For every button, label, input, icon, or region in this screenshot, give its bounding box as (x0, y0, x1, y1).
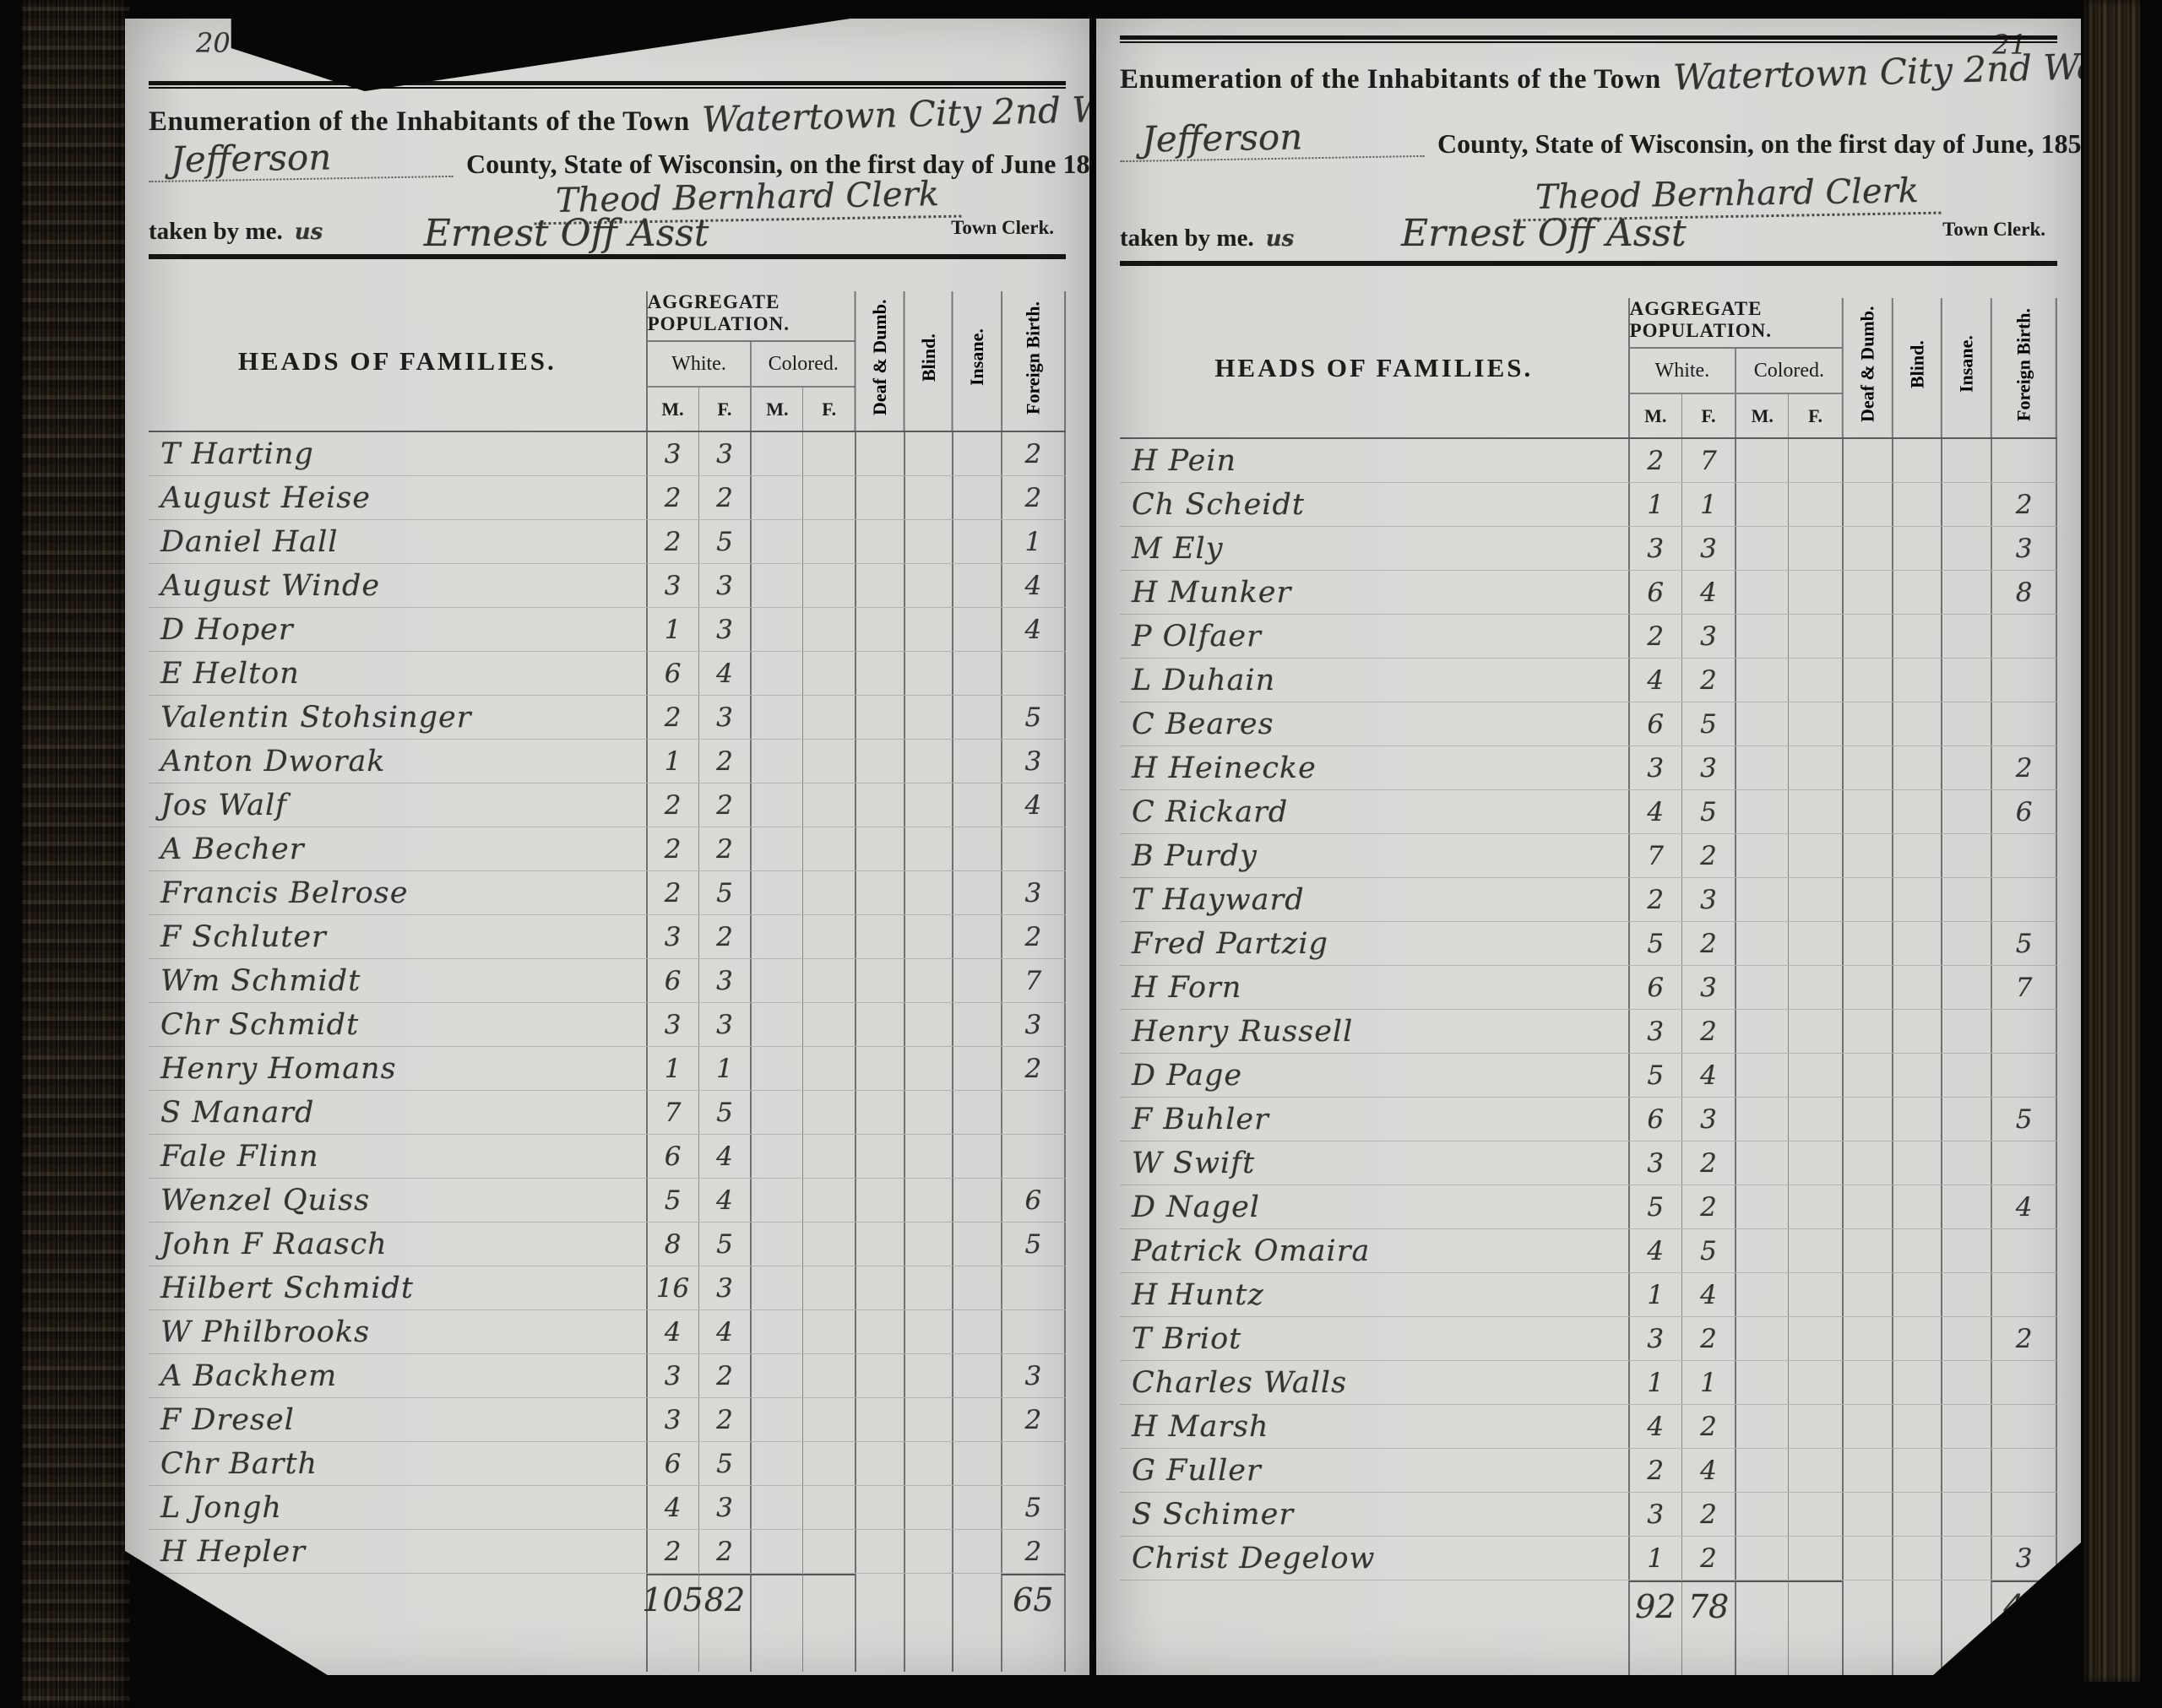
column-white-f: F. (1681, 394, 1735, 437)
blind-count (904, 871, 953, 914)
blind-count (1892, 1054, 1942, 1097)
insane-count (1941, 746, 1991, 789)
table-row: T Hayward 2 3 (1120, 878, 2057, 922)
table-row: Chr Barth 6 5 (149, 1442, 1066, 1486)
blind-count (1892, 1361, 1942, 1404)
deaf-dumb-count (855, 520, 904, 563)
insane-count (952, 784, 1001, 827)
tail-cell (1628, 1631, 1681, 1678)
white-female-count: 4 (698, 652, 751, 695)
colored-female-count (802, 476, 855, 519)
colored-male-count (750, 1047, 802, 1090)
colored-male-count (1735, 571, 1788, 614)
deaf-dumb-count (1842, 659, 1892, 702)
table-row: Patrick Omaira 4 5 (1120, 1229, 2057, 1273)
tail-cell (952, 1624, 1001, 1672)
foreign-birth-count (1991, 1141, 2057, 1185)
foreign-birth-count: 7 (1001, 959, 1066, 1002)
white-male-count: 3 (646, 564, 698, 607)
taken-by-text: taken by me. (149, 218, 283, 245)
colored-male-count (750, 1354, 802, 1397)
blind-count (1892, 439, 1942, 482)
insane-count (952, 1266, 1001, 1309)
blind-count (1892, 922, 1942, 965)
head-of-family-name: H Heinecke (1120, 746, 1628, 789)
white-male-count: 2 (646, 871, 698, 914)
foreign-birth-count: 3 (1991, 1537, 2057, 1580)
colored-male-count (750, 827, 802, 870)
total-foreign-birth: 65 (1001, 1574, 1066, 1624)
white-female-count: 2 (698, 784, 751, 827)
table-row: H Pein 2 7 (1120, 439, 2057, 483)
white-female-count: 4 (1681, 1449, 1735, 1492)
colored-female-count (802, 1530, 855, 1573)
foreign-birth-count (1991, 878, 2057, 921)
colored-male-count (1735, 1493, 1788, 1536)
tail-cell (1892, 1631, 1942, 1678)
colored-female-count (802, 1179, 855, 1222)
white-female-count: 5 (1681, 702, 1735, 746)
foreign-birth-count: 7 (1991, 966, 2057, 1009)
blind-count (1892, 966, 1942, 1009)
assistant-signature: Ernest Off Asst (424, 212, 709, 255)
table-row: S Schimer 3 2 (1120, 1493, 2057, 1537)
white-male-count: 6 (646, 1442, 698, 1485)
white-male-count: 1 (1628, 1273, 1681, 1316)
white-male-count: 3 (646, 915, 698, 958)
head-of-family-name: Patrick Omaira (1120, 1229, 1628, 1272)
foreign-birth-count (1001, 827, 1066, 870)
white-female-count: 2 (698, 827, 751, 870)
tail-cell (1941, 1631, 1991, 1678)
signature-block: taken by me.us Theod Bernhard Clerk Town… (1120, 160, 2057, 259)
blind-count (904, 696, 953, 739)
foreign-birth-count (1991, 1361, 2057, 1404)
deaf-dumb-count (855, 608, 904, 651)
tail-cell (1681, 1631, 1735, 1678)
deaf-dumb-count (855, 1179, 904, 1222)
total-foreign-birth: 47 (1991, 1581, 2057, 1631)
blind-count (1892, 1010, 1942, 1053)
total-blind (904, 1574, 953, 1624)
white-male-count: 3 (646, 1398, 698, 1441)
head-of-family-name: Charles Walls (1120, 1361, 1628, 1404)
colored-male-count (750, 959, 802, 1002)
head-of-family-name: Chr Barth (149, 1442, 646, 1485)
foreign-birth-count: 6 (1001, 1179, 1066, 1222)
taken-by-handwritten: us (1266, 226, 1295, 252)
colored-female-count (802, 1398, 855, 1441)
table-row: C Rickard 4 5 6 (1120, 790, 2057, 834)
white-female-count: 2 (1681, 1405, 1735, 1448)
white-female-count: 3 (698, 1003, 751, 1046)
insane-count (952, 432, 1001, 475)
blind-count (1892, 1317, 1942, 1360)
blind-count (1892, 483, 1942, 526)
head-of-family-name: Henry Russell (1120, 1010, 1628, 1053)
colored-male-count (1735, 1449, 1788, 1492)
colored-male-count (750, 696, 802, 739)
colored-female-count (1788, 966, 1841, 1009)
census-page-right: 21 Enumeration of the Inhabitants of the… (1096, 19, 2081, 1675)
deaf-dumb-count (855, 959, 904, 1002)
colored-male-count (750, 432, 802, 475)
head-of-family-name: E Helton (149, 652, 646, 695)
deaf-dumb-count (855, 1047, 904, 1090)
head-of-family-name: August Heise (149, 476, 646, 519)
heavy-rule (1120, 261, 2057, 266)
table-row: D Nagel 5 2 4 (1120, 1185, 2057, 1229)
colored-female-count (1788, 834, 1841, 877)
foreign-birth-count: 2 (1001, 1398, 1066, 1441)
deaf-dumb-count (1842, 1141, 1892, 1185)
deaf-dumb-count (1842, 1098, 1892, 1141)
deaf-dumb-count (1842, 1449, 1892, 1492)
colored-female-count (802, 1310, 855, 1353)
colored-female-count (802, 871, 855, 914)
deaf-dumb-count (855, 1266, 904, 1309)
tail-cell (1001, 1624, 1066, 1672)
deaf-dumb-count (1842, 1273, 1892, 1316)
total-white-female: 82 (698, 1574, 751, 1624)
colored-female-count (1788, 1273, 1841, 1316)
blind-count (904, 1310, 953, 1353)
blind-count (904, 1047, 953, 1090)
table-row: H Marsh 4 2 (1120, 1405, 2057, 1449)
foreign-birth-count: 5 (1001, 696, 1066, 739)
insane-count (952, 652, 1001, 695)
white-female-count: 4 (1681, 1054, 1735, 1097)
white-male-count: 7 (646, 1091, 698, 1134)
total-colored-male (1735, 1581, 1788, 1631)
blind-count (904, 652, 953, 695)
colored-male-count (1735, 922, 1788, 965)
table-row: Valentin Stohsinger 2 3 5 (149, 696, 1066, 740)
tail-cell (1120, 1631, 1628, 1678)
insane-count (1941, 1361, 1991, 1404)
taken-by-text: taken by me. (1120, 225, 1254, 252)
head-of-family-name: A Becher (149, 827, 646, 870)
colored-male-count (1735, 1361, 1788, 1404)
white-male-count: 16 (646, 1266, 698, 1309)
insane-count (1941, 878, 1991, 921)
colored-female-count (802, 1442, 855, 1485)
foreign-birth-count (1991, 1229, 2057, 1272)
insane-count (1941, 527, 1991, 570)
table-row: Anton Dworak 1 2 3 (149, 740, 1066, 784)
head-of-family-name: John F Raasch (149, 1223, 646, 1266)
blind-count (904, 1179, 953, 1222)
white-male-count: 3 (1628, 1317, 1681, 1360)
town-name-handwritten: Watertown City 2nd Ward (1672, 45, 2138, 98)
white-male-count: 3 (1628, 1493, 1681, 1536)
insane-count (1941, 439, 1991, 482)
foreign-birth-count: 2 (1001, 432, 1066, 475)
town-clerk-label: Town Clerk. (951, 217, 1054, 239)
colored-female-count (802, 1003, 855, 1046)
blind-count (1892, 571, 1942, 614)
taken-by-label: taken by me.us (149, 218, 323, 246)
colored-male-count (750, 1135, 802, 1178)
head-of-family-name: S Schimer (1120, 1493, 1628, 1536)
foreign-birth-count: 5 (1991, 1098, 2057, 1141)
white-female-count: 5 (1681, 790, 1735, 833)
table-row: D Hoper 1 3 4 (149, 608, 1066, 652)
white-male-count: 4 (646, 1310, 698, 1353)
foreign-birth-count (1991, 1493, 2057, 1536)
foreign-birth-count: 4 (1001, 608, 1066, 651)
total-deaf-dumb (855, 1574, 904, 1624)
colored-female-count (1788, 1010, 1841, 1053)
white-female-count: 3 (1681, 966, 1735, 1009)
head-of-family-name: D Nagel (1120, 1185, 1628, 1228)
colored-male-count (750, 1223, 802, 1266)
deaf-dumb-count (855, 1442, 904, 1485)
table-row: Henry Russell 3 2 (1120, 1010, 2057, 1054)
column-blind: Blind. (1892, 298, 1942, 437)
deaf-dumb-count (855, 740, 904, 783)
white-female-count: 7 (1681, 439, 1735, 482)
colored-male-count (750, 740, 802, 783)
colored-female-count (1788, 1098, 1841, 1141)
colored-female-count (1788, 1185, 1841, 1228)
tail-cell (1842, 1631, 1892, 1678)
deaf-dumb-count (1842, 439, 1892, 482)
column-heads-of-families: HEADS OF FAMILIES. (149, 291, 646, 431)
white-female-count: 3 (698, 608, 751, 651)
totals-spacer (1120, 1581, 1628, 1631)
deaf-dumb-count (855, 1135, 904, 1178)
white-female-count: 2 (698, 915, 751, 958)
deaf-dumb-count (855, 871, 904, 914)
colored-male-count (1735, 834, 1788, 877)
enumeration-title: Enumeration of the Inhabitants of the To… (149, 106, 690, 137)
colored-female-count (802, 432, 855, 475)
deaf-dumb-count (855, 784, 904, 827)
insane-count (1941, 966, 1991, 1009)
insane-count (952, 476, 1001, 519)
colored-male-count (750, 1486, 802, 1529)
blind-count (904, 1398, 953, 1441)
insane-count (952, 1091, 1001, 1134)
insane-count (1941, 1141, 1991, 1185)
blind-count (904, 520, 953, 563)
head-of-family-name: B Purdy (1120, 834, 1628, 877)
county-name-handwritten: Jefferson (1120, 114, 1425, 162)
foreign-birth-count: 2 (1001, 476, 1066, 519)
white-male-count: 3 (646, 1354, 698, 1397)
table-row: A Backhem 3 2 3 (149, 1354, 1066, 1398)
head-of-family-name: Fale Flinn (149, 1135, 646, 1178)
insane-count (1941, 1449, 1991, 1492)
white-female-count: 3 (1681, 1098, 1735, 1141)
colored-female-count (802, 1135, 855, 1178)
white-female-count: 2 (1681, 1141, 1735, 1185)
column-white-m: M. (1628, 394, 1681, 437)
insane-count (952, 1486, 1001, 1529)
colored-male-count (1735, 1229, 1788, 1272)
head-of-family-name: M Ely (1120, 527, 1628, 570)
colored-female-count (1788, 746, 1841, 789)
column-colored-m: M. (1735, 394, 1788, 437)
head-of-family-name: H Pein (1120, 439, 1628, 482)
white-female-count: 5 (698, 1223, 751, 1266)
white-male-count: 4 (1628, 1405, 1681, 1448)
colored-male-count (1735, 1141, 1788, 1185)
deaf-dumb-count (1842, 702, 1892, 746)
colored-female-count (802, 827, 855, 870)
tail-cell (1991, 1631, 2057, 1678)
tail-cell (904, 1624, 953, 1672)
white-male-count: 1 (1628, 1537, 1681, 1580)
white-female-count: 2 (1681, 1493, 1735, 1536)
colored-female-count (1788, 615, 1841, 658)
table-row: Hilbert Schmidt 16 3 (149, 1266, 1066, 1310)
deaf-dumb-count (1842, 1010, 1892, 1053)
head-of-family-name: T Hayward (1120, 878, 1628, 921)
colored-male-count (750, 1003, 802, 1046)
colored-female-count (802, 696, 855, 739)
head-of-family-name: C Beares (1120, 702, 1628, 746)
total-blind (1892, 1581, 1942, 1631)
foreign-birth-count: 4 (1001, 784, 1066, 827)
white-male-count: 8 (646, 1223, 698, 1266)
colored-female-count (802, 520, 855, 563)
deaf-dumb-count (1842, 922, 1892, 965)
deaf-dumb-count (1842, 1054, 1892, 1097)
foreign-birth-count (1001, 1135, 1066, 1178)
foreign-birth-count: 8 (1991, 571, 2057, 614)
column-insane: Insane. (952, 291, 1001, 431)
table-row: L Jongh 4 3 5 (149, 1486, 1066, 1530)
white-female-count: 3 (698, 1486, 751, 1529)
white-female-count: 2 (1681, 834, 1735, 877)
foreign-birth-count: 1 (1001, 520, 1066, 563)
foreign-birth-count (1001, 1266, 1066, 1309)
total-insane (1941, 1581, 1991, 1631)
colored-male-count (750, 871, 802, 914)
table-row: L Duhain 4 2 (1120, 659, 2057, 702)
white-female-count: 3 (1681, 615, 1735, 658)
white-female-count: 3 (1681, 878, 1735, 921)
white-female-count: 2 (1681, 1185, 1735, 1228)
column-colored: Colored. (750, 342, 855, 388)
column-blind: Blind. (904, 291, 953, 431)
deaf-dumb-count (1842, 1537, 1892, 1580)
white-male-count: 2 (1628, 1449, 1681, 1492)
head-of-family-name: T Harting (149, 432, 646, 475)
insane-count (952, 1398, 1001, 1441)
taken-by-label: taken by me.us (1120, 225, 1294, 252)
white-female-count: 4 (698, 1179, 751, 1222)
deaf-dumb-count (1842, 1317, 1892, 1360)
totals-row: 105 82 65 (149, 1574, 1066, 1624)
total-white-female: 78 (1681, 1581, 1735, 1631)
colored-male-count (750, 520, 802, 563)
white-male-count: 3 (646, 1003, 698, 1046)
county-name-handwritten: Jefferson (149, 134, 454, 182)
column-heads-of-families: HEADS OF FAMILIES. (1120, 298, 1628, 437)
white-male-count: 6 (646, 959, 698, 1002)
colored-female-count (802, 1354, 855, 1397)
deaf-dumb-count (855, 1354, 904, 1397)
table-row: Henry Homans 1 1 2 (149, 1047, 1066, 1091)
colored-male-count (750, 608, 802, 651)
blind-count (1892, 1405, 1942, 1448)
blind-count (904, 827, 953, 870)
tail-cell (1788, 1631, 1841, 1678)
enumeration-title: Enumeration of the Inhabitants of the To… (1120, 64, 1661, 95)
foreign-birth-count (1991, 1054, 2057, 1097)
table-row: Fred Partzig 5 2 5 (1120, 922, 2057, 966)
blind-count (904, 1135, 953, 1178)
table-row: H Forn 6 3 7 (1120, 966, 2057, 1010)
foreign-birth-count (1001, 652, 1066, 695)
table-row: Francis Belrose 2 5 3 (149, 871, 1066, 915)
foreign-birth-count: 5 (1001, 1223, 1066, 1266)
tail-cell (698, 1624, 751, 1672)
table-row: T Briot 3 2 2 (1120, 1317, 2057, 1361)
total-colored-female (802, 1574, 855, 1624)
white-male-count: 2 (1628, 878, 1681, 921)
table-row: B Purdy 7 2 (1120, 834, 2057, 878)
colored-male-count (1735, 1185, 1788, 1228)
white-male-count: 5 (1628, 1054, 1681, 1097)
foreign-birth-count: 3 (1001, 1003, 1066, 1046)
table-row: W Swift 3 2 (1120, 1141, 2057, 1185)
colored-female-count (802, 1091, 855, 1134)
insane-count (952, 1047, 1001, 1090)
blind-count (1892, 527, 1942, 570)
insane-count (952, 1003, 1001, 1046)
colored-female-count (802, 1266, 855, 1309)
table-row: C Beares 6 5 (1120, 702, 2057, 746)
insane-count (1941, 702, 1991, 746)
white-male-count: 3 (646, 432, 698, 475)
insane-count (1941, 1405, 1991, 1448)
head-of-family-name: Wenzel Quiss (149, 1179, 646, 1222)
double-rule (1120, 35, 2057, 43)
total-insane (952, 1574, 1001, 1624)
colored-male-count (1735, 1054, 1788, 1097)
white-female-count: 5 (698, 520, 751, 563)
town-clerk-label: Town Clerk. (1942, 219, 2045, 241)
head-of-family-name: Christ Degelow (1120, 1537, 1628, 1580)
deaf-dumb-count (855, 652, 904, 695)
column-deaf-dumb: Deaf & Dumb. (855, 291, 904, 431)
white-female-count: 3 (698, 1266, 751, 1309)
white-male-count: 2 (646, 476, 698, 519)
white-male-count: 5 (1628, 1185, 1681, 1228)
deaf-dumb-count (855, 1310, 904, 1353)
blind-count (904, 608, 953, 651)
head-of-family-name: Ch Scheidt (1120, 483, 1628, 526)
colored-male-count (1735, 483, 1788, 526)
white-female-count: 3 (1681, 527, 1735, 570)
total-colored-female (1788, 1581, 1841, 1631)
colored-female-count (1788, 922, 1841, 965)
insane-count (1941, 483, 1991, 526)
insane-count (1941, 1185, 1991, 1228)
head-of-family-name: H Marsh (1120, 1405, 1628, 1448)
colored-female-count (1788, 1141, 1841, 1185)
insane-count (1941, 922, 1991, 965)
table-row: D Page 5 4 (1120, 1054, 2057, 1098)
deaf-dumb-count (1842, 483, 1892, 526)
deaf-dumb-count (855, 1530, 904, 1573)
totals-row: 92 78 47 (1120, 1581, 2057, 1631)
foreign-birth-count: 5 (1001, 1486, 1066, 1529)
